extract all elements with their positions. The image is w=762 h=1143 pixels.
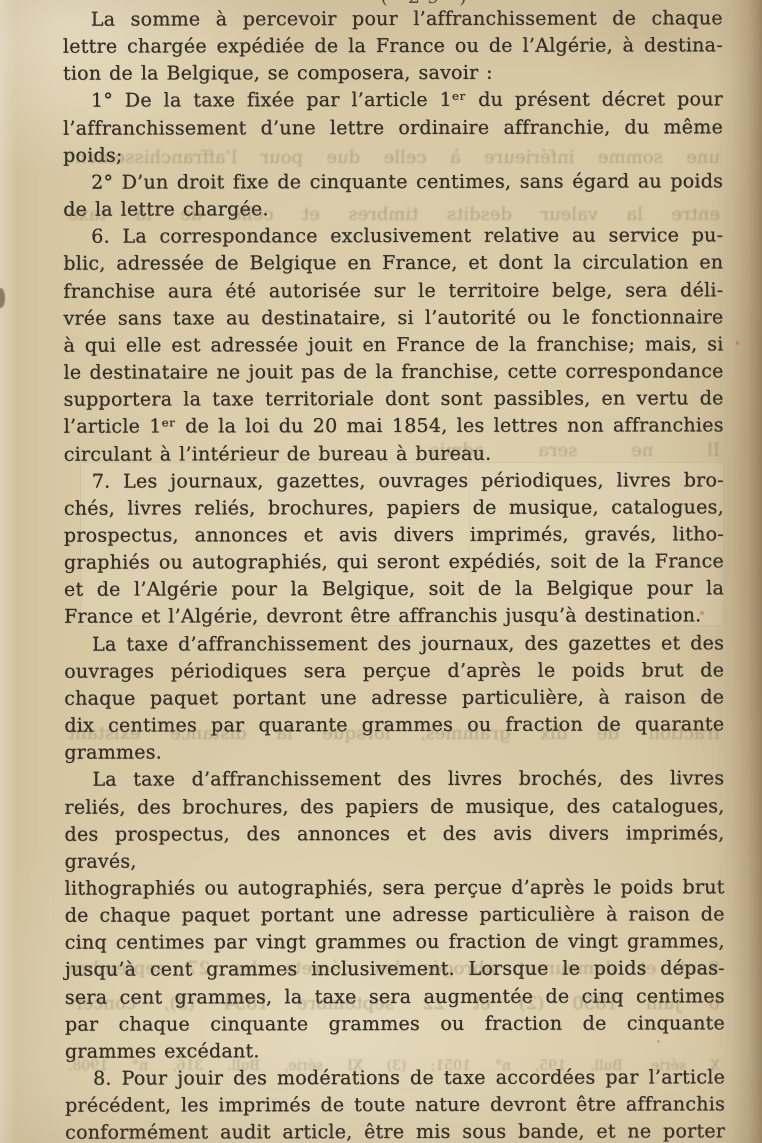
page-edge-nick: [0, 288, 5, 308]
text-line: chaque paquet portant une adresse partic…: [64, 684, 724, 713]
text-line: des prospectus, des annonces et des avis…: [65, 820, 725, 876]
scanned-page: une somme inférieure à celle due pour l’…: [0, 0, 762, 1143]
text-line: 1° De la taxe fixée par l’article 1ᵉʳ du…: [63, 87, 723, 116]
text-line: conformément audit article, être mis sou…: [65, 1119, 725, 1143]
text-line: le destinataire ne jouit pas de la franc…: [64, 358, 724, 387]
text-line: poids;: [63, 141, 723, 170]
text-line: 6. La correspondance exclusivement relat…: [63, 223, 723, 252]
text-line: grammes excédant.: [65, 1037, 725, 1066]
text-line: à qui elle est adressée jouit en France …: [63, 331, 723, 360]
paper-speck: [657, 1040, 660, 1043]
left-page-edge: [0, 0, 16, 1143]
paper-speck: [736, 341, 739, 345]
text-line: La taxe d’affranchissement des journaux,…: [64, 630, 724, 659]
text-line: de la lettre chargée.: [63, 195, 723, 224]
text-line: circulant à l’intérieur de bureau à bure…: [64, 440, 724, 469]
text-line: sera cent grammes, la taxe sera augmenté…: [65, 983, 725, 1012]
text-line: blic, adressée de Belgique en France, et…: [63, 250, 723, 279]
text-line: 8. Pour jouir des modérations de taxe ac…: [65, 1064, 725, 1093]
text-line: chés, livres reliés, brochures, papiers …: [64, 494, 724, 523]
paper-speck: [700, 611, 704, 615]
text-line: La taxe d’affranchissement des livres br…: [64, 766, 724, 795]
text-line: supportera la taxe territoriale dont son…: [64, 385, 724, 414]
page-text: La somme à percevoir pour l’affranchisse…: [63, 5, 725, 1143]
text-line: jusqu’à cent grammes inclusivement. Lors…: [65, 956, 725, 985]
text-line: et de l’Algérie pour la Belgique, soit d…: [64, 576, 724, 605]
text-line: cinq centimes par vingt grammes ou fract…: [65, 929, 725, 958]
text-line: tion de la Belgique, se composera, savoi…: [63, 60, 723, 89]
text-line: 7. Les journaux, gazettes, ouvrages péri…: [64, 467, 724, 496]
text-line: par chaque cinquante grammes ou fraction…: [65, 1010, 725, 1039]
text-line: France et l’Algérie, devront être affran…: [64, 603, 724, 632]
text-line: prospectus, annonces et avis divers impr…: [64, 521, 724, 550]
text-line: l’affranchissement d’une lettre ordinair…: [63, 114, 723, 143]
text-line: franchise aura été autorisée sur le terr…: [63, 277, 723, 306]
text-line: lithographiés ou autographiés, sera perç…: [65, 874, 725, 903]
text-line: ouvrages périodiques sera perçue d’après…: [64, 657, 724, 686]
text-line: vrée sans taxe au destinataire, si l’aut…: [63, 304, 723, 333]
text-line: La somme à percevoir pour l’affranchisse…: [63, 5, 723, 34]
text-line: grammes.: [64, 739, 724, 768]
text-line: l’article 1ᵉʳ de la loi du 20 mai 1854, …: [64, 413, 724, 442]
text-line: précédent, les imprimés de toute nature …: [65, 1092, 725, 1121]
text-line: lettre chargée expédiée de la France ou …: [63, 32, 723, 61]
text-line: graphiés ou autographiés, qui seront exp…: [64, 548, 724, 577]
text-line: reliés, des brochures, des papiers de mu…: [64, 793, 724, 822]
text-line: 2° D’un droit fixe de cinquante centimes…: [63, 168, 723, 197]
text-line: de chaque paquet portant une adresse par…: [65, 901, 725, 930]
text-line: dix centimes par quarante grammes ou fra…: [64, 711, 724, 740]
